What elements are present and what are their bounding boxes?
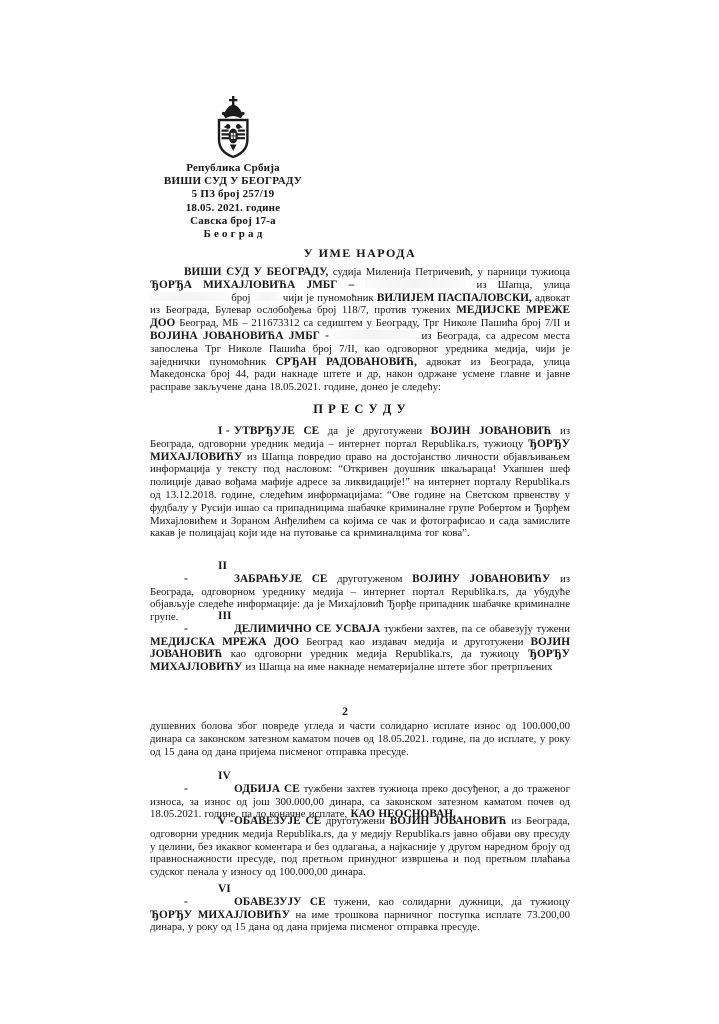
section-i-label: I - — [184, 425, 234, 438]
emphasized-text-run: ДЕЛИМИЧНО СЕ УСВАЈА — [234, 623, 380, 635]
redacted-text — [365, 279, 465, 288]
text-run: број — [228, 292, 254, 304]
section-iv: IV -ОДБИЈА СЕ тужбени захтев тужиоца пре… — [150, 770, 570, 821]
emphasized-text-run: УТВРЂУЈЕ СЕ — [234, 425, 319, 437]
intro-paragraph: ВИШИ СУД У БЕОГРАДУ, судија Миленија Пет… — [150, 266, 570, 394]
section-vi-label: VI - — [184, 883, 234, 909]
verdict-heading: П Р Е С У Д У — [150, 402, 570, 417]
text-run: као одговорни уредник медија Republika.r… — [222, 648, 528, 660]
section-i: I -УТВРЂУЈЕ СЕ да је друготужени ВОЈИН Ј… — [150, 425, 570, 540]
text-run: из Шапца, улица — [465, 279, 570, 291]
redacted-text — [150, 292, 228, 301]
emphasized-text-run: ОБАВЕЗУЈЕ СЕ — [234, 815, 321, 827]
page-2-number: 2 — [150, 704, 540, 719]
document-title: У ИМЕ НАРОДА — [150, 246, 570, 261]
emphasized-text-run: СРЂАН РАДОВАНОВИЋ, — [275, 356, 416, 368]
section-i-text: УТВРЂУЈЕ СЕ да је друготужени ВОЈИН ЈОВА… — [150, 425, 570, 539]
emphasized-text-run: ОДБИЈА СЕ — [234, 783, 300, 795]
section-iii: III -ДЕЛИМИЧНО СЕ УСВАЈА тужбени захтев,… — [150, 610, 570, 674]
emphasized-text-run: ЂОРЂУ МИХАЈЛОВИЋУ — [150, 909, 290, 921]
emphasized-text-run: ВИЛИЈЕМ ПАСПАЛОВСКИ, — [377, 292, 532, 304]
section-iv-label: IV - — [184, 770, 234, 796]
emphasized-text-run: ВОЈИНА ЈОВАНОВИЋА ЈМБГ - — [150, 330, 334, 342]
emphasized-text-run: ВИШИ СУД У БЕОГРАДУ, — [184, 266, 328, 278]
court-letterhead: Република Србија ВИШИ СУД У БЕОГРАДУ 5 П… — [120, 162, 346, 241]
letterhead-city: Б е о г р а д — [120, 228, 346, 241]
letterhead-case-number: 5 ПЗ број 257/19 — [120, 188, 346, 201]
text-run: друготужени — [321, 815, 390, 827]
section-vi: VI -ОБАВЕЗУЈУ СЕ тужени, као солидарни д… — [150, 883, 570, 934]
text-run: тужени, као солидарни дужници, да тужиоц… — [326, 896, 570, 908]
emphasized-text-run: ВОЈИН ЈОВАНОВИЋ — [431, 425, 552, 437]
section-v: V -ОБАВЕЗУЈЕ СЕ друготужени ВОЈИН ЈОВАНО… — [150, 815, 570, 879]
letterhead-country: Република Србија — [120, 162, 346, 175]
serbia-coat-of-arms-icon — [210, 96, 256, 160]
section-iii-continuation: душевних болова због повреде угледа и ча… — [150, 720, 570, 758]
section-ii-label: II - — [184, 560, 234, 586]
section-v-label: V - — [184, 815, 234, 828]
text-run: Београд као издавач медија и друготужени — [299, 636, 530, 648]
redacted-text — [254, 292, 280, 301]
scanned-court-judgment-page: Република Србија ВИШИ СУД У БЕОГРАДУ 5 П… — [0, 0, 719, 1024]
text-run: да је друготужени — [319, 425, 431, 437]
text-run: Београд, МБ – 211673312 са седиштем у Бе… — [175, 317, 570, 329]
emphasized-text-run: ВОЈИН ЈОВАНОВИЋ — [390, 815, 507, 827]
letterhead-address: Савска број 17-а — [120, 215, 346, 228]
emphasized-text-run: ОБАВЕЗУЈУ СЕ — [234, 896, 326, 908]
text-run: из Шапца повредио право на достојанство … — [150, 451, 570, 540]
text-run: тужбени захтев, па се обавезују тужени — [380, 623, 570, 635]
text-run: чији је пуномоћник — [280, 292, 377, 304]
emphasized-text-run: ЂОРЂА МИХАЈЛОВИЋА ЈМБГ – — [150, 279, 365, 291]
emphasized-text-run: МЕДИЈСКА МРЕЖА ДОО — [150, 636, 299, 648]
letterhead-date: 18.05. 2021. године — [120, 202, 346, 215]
letterhead-court-name: ВИШИ СУД У БЕОГРАДУ — [120, 175, 346, 188]
emphasized-text-run: ВОЈИНУ ЈОВАНОВИЋУ — [412, 573, 550, 585]
redacted-text — [334, 330, 416, 339]
text-run: из Шапца на име накнаде нематеријалне шт… — [242, 661, 552, 673]
text-run: друготуженом — [327, 573, 412, 585]
emphasized-text-run: ЗАБРАЊУЈЕ СЕ — [234, 573, 327, 585]
text-run: душевних болова због повреде угледа и ча… — [150, 720, 570, 758]
text-run: судија Миленија Петричевић, у парници ту… — [328, 266, 570, 278]
section-iii-label: III - — [184, 610, 234, 636]
